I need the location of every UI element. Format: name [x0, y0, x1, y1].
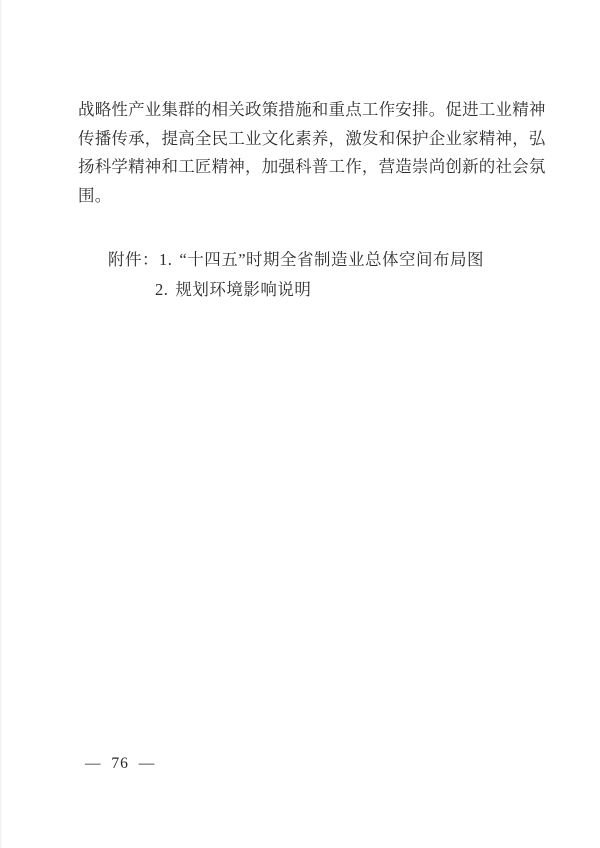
attachment-item-2-text: 规划环境影响说明	[175, 280, 311, 299]
body-paragraph: 战略性产业集群的相关政策措施和重点工作安排。促进工业精神 传播传承，提高全民工业…	[78, 96, 526, 210]
attachment-item-1-text: “十四五”时期全省制造业总体空间布局图	[179, 250, 484, 269]
attachment-block: 附件：1.“十四五”时期全省制造业总体空间布局图 2.规划环境影响说明	[78, 245, 526, 305]
paragraph-line-3: 扬科学精神和工匠精神，加强科普工作，营造崇尚创新的社会氛	[78, 153, 526, 182]
attachment-item-1-number: 1.	[159, 250, 172, 269]
page-number: — 76 —	[85, 754, 155, 774]
attachment-item-1: 附件：1.“十四五”时期全省制造业总体空间布局图	[78, 245, 526, 275]
paragraph-line-1: 战略性产业集群的相关政策措施和重点工作安排。促进工业精神	[78, 96, 526, 125]
attachment-label: 附件：	[108, 250, 159, 269]
attachment-item-2-number: 2.	[155, 280, 168, 299]
document-page: 战略性产业集群的相关政策措施和重点工作安排。促进工业精神 传播传承，提高全民工业…	[0, 0, 600, 848]
paragraph-line-2: 传播传承，提高全民工业文化素养，激发和保护企业家精神，弘	[78, 125, 526, 154]
paragraph-line-4: 围。	[78, 182, 526, 211]
attachment-item-2: 2.规划环境影响说明	[78, 275, 526, 305]
